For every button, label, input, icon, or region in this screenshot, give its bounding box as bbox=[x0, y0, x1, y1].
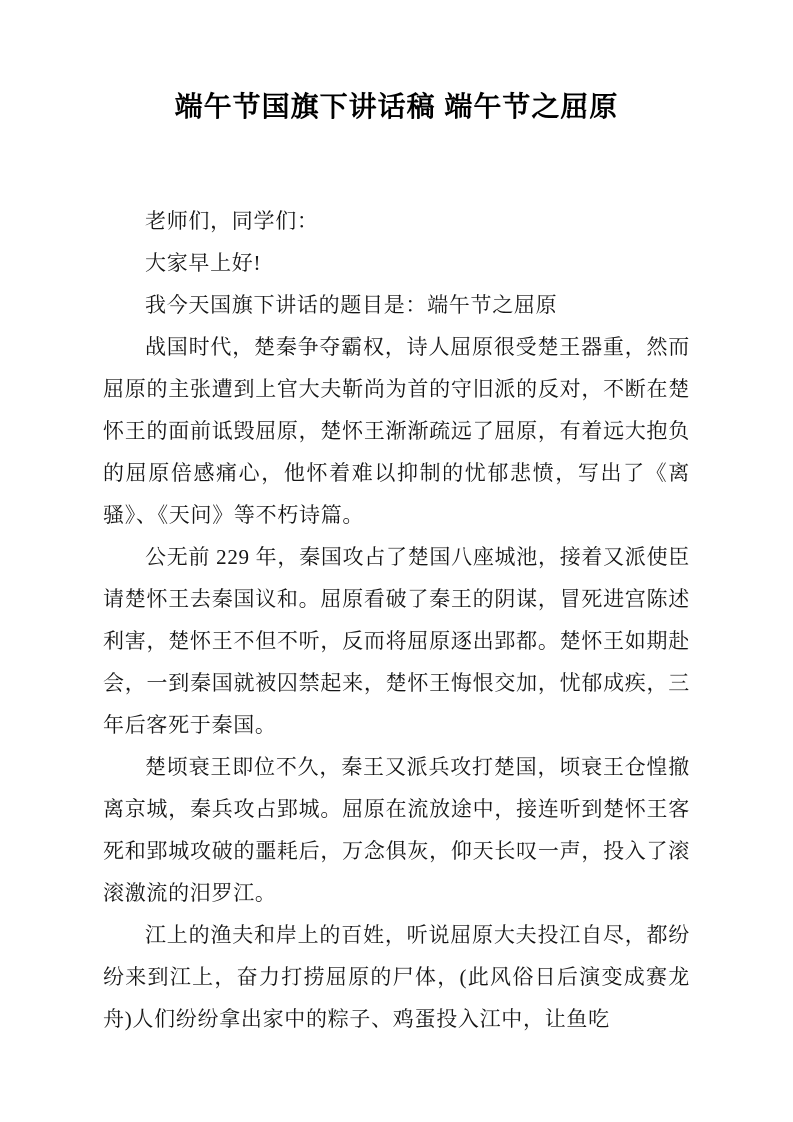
document-page: 端午节国旗下讲话稿 端午节之屈原 老师们，同学们： 大家早上好! 我今天国旗下讲… bbox=[0, 0, 793, 1122]
paragraph-greeting: 大家早上好! bbox=[103, 242, 690, 284]
paragraph-body-4: 江上的渔夫和岸上的百姓，听说屈原大夫投江自尽，都纷纷来到江上，奋力打捞屈原的尸体… bbox=[103, 914, 690, 1040]
paragraph-topic: 我今天国旗下讲话的题目是：端午节之屈原 bbox=[103, 284, 690, 326]
document-content: 端午节国旗下讲话稿 端午节之屈原 老师们，同学们： 大家早上好! 我今天国旗下讲… bbox=[103, 86, 690, 1040]
paragraph-body-3: 楚顷衰王即位不久，秦王又派兵攻打楚国，顷衰王仓惶撤离京城，秦兵攻占郢城。屈原在流… bbox=[103, 746, 690, 914]
paragraph-body-2: 公无前 229 年，秦国攻占了楚国八座城池，接着又派使臣请楚怀王去秦国议和。屈原… bbox=[103, 536, 690, 746]
paragraph-body-1: 战国时代，楚秦争夺霸权，诗人屈原很受楚王器重，然而屈原的主张遭到上官大夫靳尚为首… bbox=[103, 326, 690, 536]
document-body: 老师们，同学们： 大家早上好! 我今天国旗下讲话的题目是：端午节之屈原 战国时代… bbox=[103, 200, 690, 1040]
document-title: 端午节国旗下讲话稿 端午节之屈原 bbox=[103, 86, 690, 128]
paragraph-salutation: 老师们，同学们： bbox=[103, 200, 690, 242]
